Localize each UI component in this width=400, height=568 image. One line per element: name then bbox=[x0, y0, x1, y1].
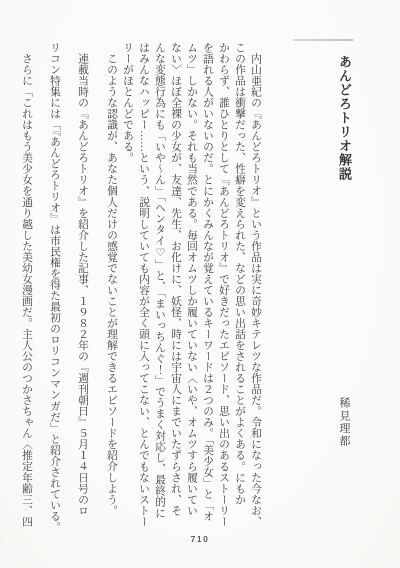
page-title: あんどろトリオ解説 bbox=[336, 55, 353, 181]
text-line: を語れる人がいないのだ。とにかくみんなが覚えているキーワードは２つのみ。「美少女… bbox=[200, 42, 216, 528]
title-rule bbox=[293, 39, 353, 41]
text-line: ない〉ほぼ全裸の少女が、友達、先生、お化けに、妖怪、時には宇宙人にまでいたずらさ… bbox=[168, 42, 184, 528]
book-page: あんどろトリオ解説 稀見理都 内山亜紀の『あんどろトリオ』という作品は実に奇妙キ… bbox=[0, 0, 400, 568]
text-line: はみんなハッピー……という、説明していても内容が全く頭に入ってこない、とんでもな… bbox=[136, 42, 152, 528]
page-number: 710 bbox=[0, 534, 400, 544]
text-line: このような認識が、あなた個人だけの感覚でないことが理解できるエピソードを紹介しよ… bbox=[104, 42, 120, 528]
text-line: 連載当時の『あんどろトリオ』を紹介した記事、１９８２年の『週刊朝日』５月１４日号… bbox=[69, 42, 97, 528]
text-line: リーがほとんどである。 bbox=[120, 42, 136, 528]
text-line: ムツ」しかない。それも当然である。毎回オムツしか履いていない〈いや、オムツすら履… bbox=[184, 42, 200, 528]
author-name: 稀見理都 bbox=[337, 397, 351, 447]
text-line: 内山亜紀の『あんどろトリオ』という作品は実に奇妙キテレツな作品だ。令和になった今… bbox=[248, 42, 264, 528]
text-line: んな変態行為にも「いや〜ん」「ヘンタイ♡」と、「まいっちんぐ！」でうまく対応し、… bbox=[152, 42, 168, 528]
text-line: さらに「これはもう美少女を通り越した美幼女漫画だ。主人公のつかさちゃん〈推定年齢… bbox=[13, 42, 41, 528]
text-line: かわらず、誰ひとりとして『あんどろトリオ』で好きだったエピソード、思い出のあるス… bbox=[216, 42, 232, 528]
text-line: この作品は衝撃だった、性癖を変えられた、などの思い出話をされることがよくある。に… bbox=[232, 42, 248, 528]
body-text: 内山亜紀の『あんどろトリオ』という作品は実に奇妙キテレツな作品だ。令和になった今… bbox=[10, 42, 264, 530]
text-line: リコン特集には「『あんどろトリオ』は市民権を得た最初のロリコンマンガだ」と紹介さ… bbox=[41, 42, 69, 528]
